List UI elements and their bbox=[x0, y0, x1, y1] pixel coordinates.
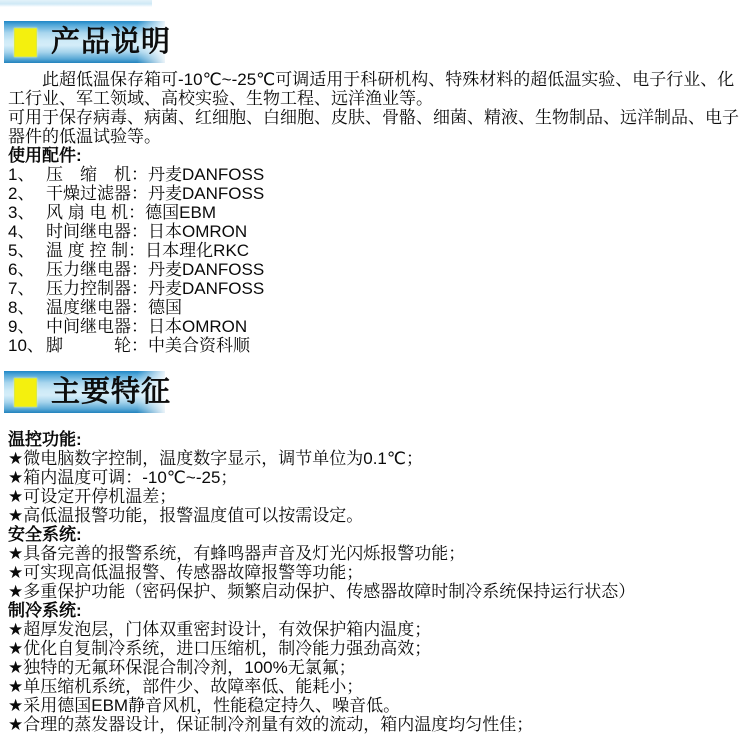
accessory-brand: 日本理化RKC bbox=[145, 241, 249, 260]
accessory-brand: 日本OMRON bbox=[148, 317, 247, 336]
accessory-item: 6、压力继电器：丹麦DANFOSS bbox=[8, 260, 742, 279]
feature-item: ★高低温报警功能，报警温度值可以按需设定。 bbox=[8, 506, 742, 525]
accessory-number: 8、 bbox=[8, 298, 46, 317]
section-main-features: 主要特征 温控功能: ★微电脑数字控制，温度数字显示，调节单位为0.1℃； ★箱… bbox=[0, 371, 750, 734]
accessory-name: 压力控制器： bbox=[46, 279, 148, 298]
intro-paragraph-2: 可用于保存病毒、病菌、红细胞、白细胞、皮肤、骨骼、细菌、精液、生物制品、远洋制品… bbox=[8, 108, 742, 146]
product-description-body: 此超低温保存箱可-10℃~-25℃可调适用于科研机构、特殊材料的超低温实验、电子… bbox=[8, 70, 742, 355]
accessory-name: 脚 轮： bbox=[46, 336, 148, 355]
accessory-brand: 中美合资科顺 bbox=[148, 336, 250, 355]
accessory-item: 2、干燥过滤器：丹麦DANFOSS bbox=[8, 184, 742, 203]
feature-item: ★箱内温度可调：-10℃~-25； bbox=[8, 468, 742, 487]
feature-group-heading-refrigeration-system: 制冷系统: bbox=[8, 601, 742, 620]
accessory-item: 8、温度继电器：德国 bbox=[8, 298, 742, 317]
accessories-list: 1、压 缩 机：丹麦DANFOSS 2、干燥过滤器：丹麦DANFOSS 3、风 … bbox=[8, 165, 742, 355]
feature-item: ★独特的无氟环保混合制冷剂，100%无氯氟； bbox=[8, 658, 742, 677]
accessory-brand: 德国EBM bbox=[145, 203, 216, 222]
feature-item: ★可实现高低温报警、传感器故障报警等功能； bbox=[8, 563, 742, 582]
accessory-number: 9、 bbox=[8, 317, 46, 336]
accessory-name: 风 扇 电 机： bbox=[46, 203, 145, 222]
accessory-item: 3、风 扇 电 机：德国EBM bbox=[8, 203, 742, 222]
main-features-body: 温控功能: ★微电脑数字控制，温度数字显示，调节单位为0.1℃； ★箱内温度可调… bbox=[8, 430, 742, 734]
accessory-number: 5、 bbox=[8, 241, 46, 260]
accessory-item: 5、温 度 控 制：日本理化RKC bbox=[8, 241, 742, 260]
accessory-brand: 丹麦DANFOSS bbox=[148, 279, 264, 298]
feature-item: ★微电脑数字控制，温度数字显示，调节单位为0.1℃； bbox=[8, 449, 742, 468]
accessory-number: 2、 bbox=[8, 184, 46, 203]
accessory-item: 7、压力控制器：丹麦DANFOSS bbox=[8, 279, 742, 298]
feature-item: ★超厚发泡层，门体双重密封设计，有效保护箱内温度； bbox=[8, 620, 742, 639]
feature-item: ★采用德国EBM静音风机，性能稳定持久、噪音低。 bbox=[8, 696, 742, 715]
accessory-item: 1、压 缩 机：丹麦DANFOSS bbox=[8, 165, 742, 184]
section-title-main-features: 主要特征 bbox=[51, 378, 171, 407]
accessory-number: 1、 bbox=[8, 165, 46, 184]
cropped-banner-remnant bbox=[0, 0, 152, 7]
accessory-item: 10、脚 轮：中美合资科顺 bbox=[8, 336, 742, 355]
feature-item: ★可设定开停机温差； bbox=[8, 487, 742, 506]
accessory-brand: 日本OMRON bbox=[148, 222, 247, 241]
yellow-square-icon bbox=[14, 378, 37, 407]
accessory-name: 时间继电器： bbox=[46, 222, 148, 241]
feature-item: ★多重保护功能（密码保护、频繁启动保护、传感器故障时制冷系统保持运行状态） bbox=[8, 582, 742, 601]
product-description-page: 产品说明 此超低温保存箱可-10℃~-25℃可调适用于科研机构、特殊材料的超低温… bbox=[0, 21, 750, 734]
accessory-number: 10、 bbox=[8, 336, 46, 355]
accessory-brand: 丹麦DANFOSS bbox=[148, 260, 264, 279]
accessory-number: 4、 bbox=[8, 222, 46, 241]
feature-item: ★具备完善的报警系统，有蜂鸣器声音及灯光闪烁报警功能； bbox=[8, 544, 742, 563]
accessory-name: 温度继电器： bbox=[46, 298, 148, 317]
section-title-product-description: 产品说明 bbox=[51, 28, 171, 57]
feature-group-heading-temperature-control: 温控功能: bbox=[8, 430, 742, 449]
accessory-number: 3、 bbox=[8, 203, 46, 222]
accessory-item: 4、时间继电器：日本OMRON bbox=[8, 222, 742, 241]
feature-item: ★单压缩机系统，部件少、故障率低、能耗小； bbox=[8, 677, 742, 696]
feature-item: ★合理的蒸发器设计，保证制冷剂量有效的流动，箱内温度均匀性佳； bbox=[8, 715, 742, 734]
accessory-name: 压力继电器： bbox=[46, 260, 148, 279]
accessory-name: 中间继电器： bbox=[46, 317, 148, 336]
accessory-item: 9、中间继电器：日本OMRON bbox=[8, 317, 742, 336]
accessory-brand: 丹麦DANFOSS bbox=[148, 184, 264, 203]
accessories-heading: 使用配件: bbox=[8, 146, 742, 165]
accessory-name: 温 度 控 制： bbox=[46, 241, 145, 260]
accessory-name: 干燥过滤器： bbox=[46, 184, 148, 203]
accessory-number: 6、 bbox=[8, 260, 46, 279]
accessory-brand: 丹麦DANFOSS bbox=[148, 165, 264, 184]
feature-item: ★优化自复制冷系统，进口压缩机，制冷能力强劲高效； bbox=[8, 639, 742, 658]
accessory-brand: 德国 bbox=[148, 298, 182, 317]
section-header-product-description: 产品说明 bbox=[4, 21, 165, 63]
feature-group-heading-safety-system: 安全系统: bbox=[8, 525, 742, 544]
accessory-number: 7、 bbox=[8, 279, 46, 298]
section-header-main-features: 主要特征 bbox=[4, 371, 165, 413]
yellow-square-icon bbox=[14, 28, 37, 57]
accessory-name: 压 缩 机： bbox=[46, 165, 148, 184]
intro-paragraph-1: 此超低温保存箱可-10℃~-25℃可调适用于科研机构、特殊材料的超低温实验、电子… bbox=[8, 70, 742, 108]
section-product-description: 产品说明 此超低温保存箱可-10℃~-25℃可调适用于科研机构、特殊材料的超低温… bbox=[0, 21, 750, 355]
